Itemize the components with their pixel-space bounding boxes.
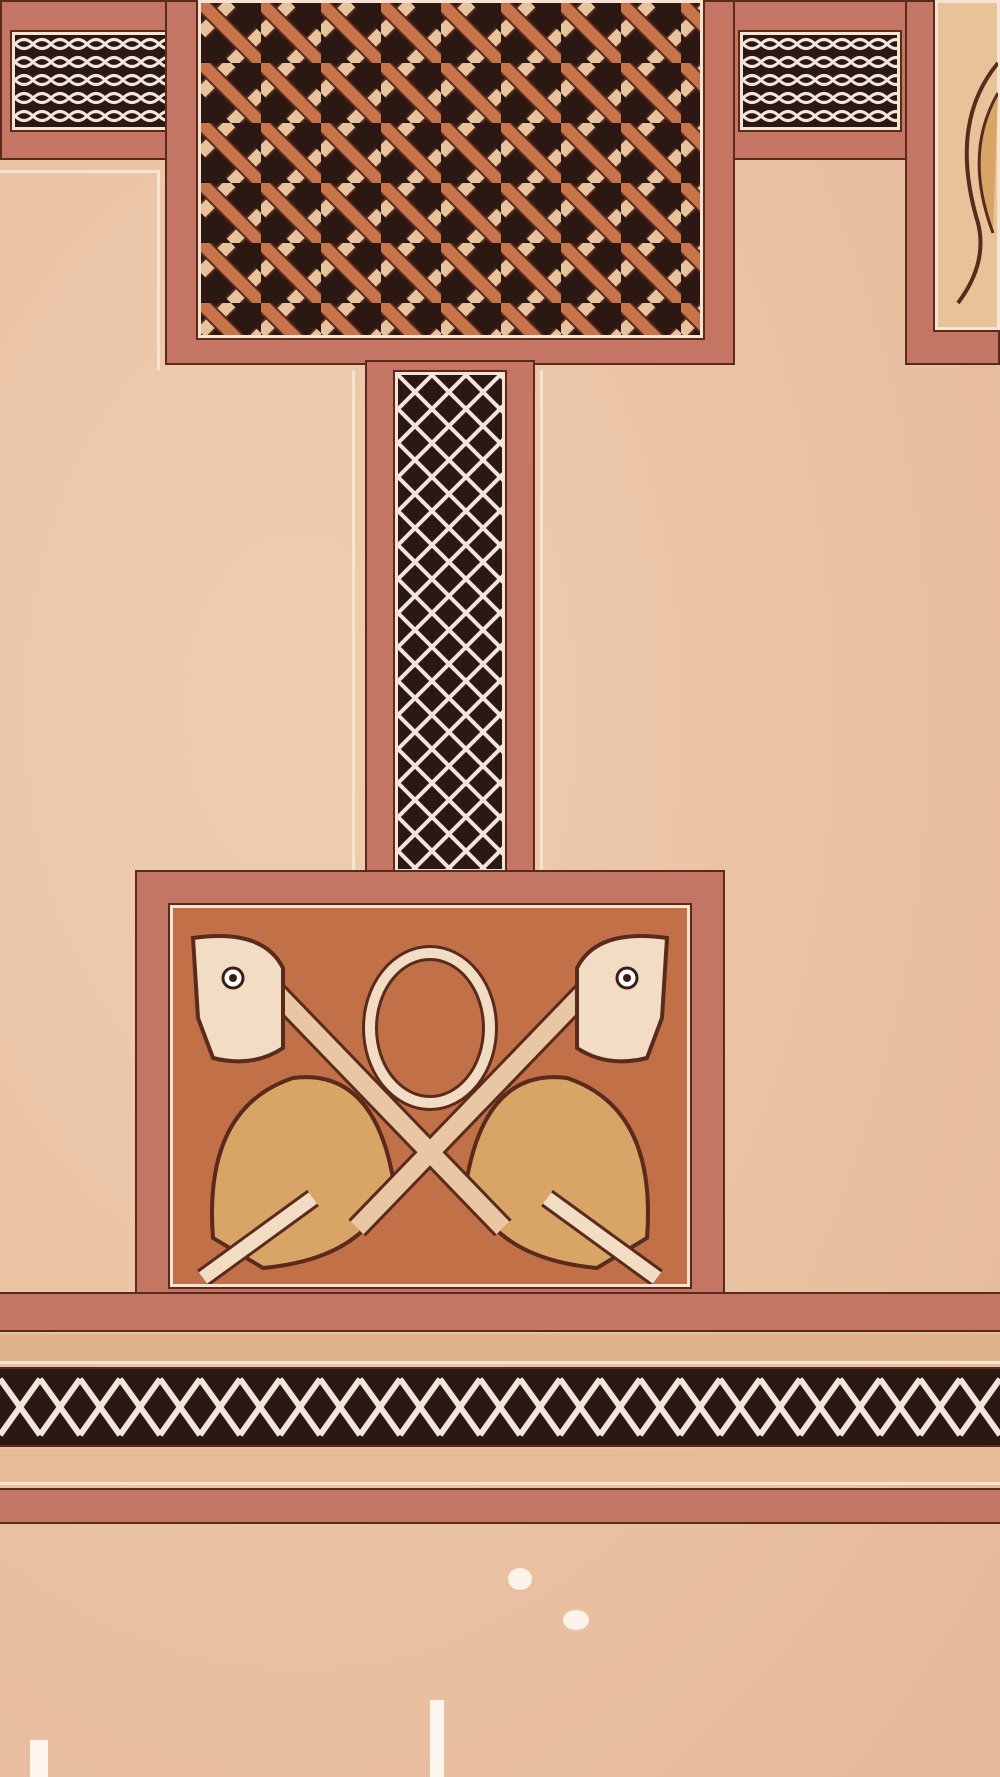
- white-tear: [30, 1740, 48, 1777]
- left-vellum-panel: [0, 370, 355, 870]
- right-partial-zoomorphic-panel: [935, 0, 1000, 330]
- knot-pattern-icon: [15, 35, 169, 127]
- right-vellum-panel: [540, 370, 1000, 870]
- upper-red-stripe: [0, 1292, 1000, 1332]
- braid-pattern-icon: [398, 375, 502, 869]
- white-speck: [563, 1610, 589, 1630]
- ochre-stripe: [0, 1334, 1000, 1364]
- braid-pattern-icon: [0, 1369, 1000, 1445]
- top-right-interlace-panel: [740, 32, 900, 130]
- white-speck: [508, 1568, 532, 1590]
- zoomorphic-panel: [170, 905, 690, 1287]
- interlace-knot-icon: [201, 3, 700, 335]
- zoomorphic-figures-icon: [173, 908, 687, 1284]
- top-center-interlace-panel: [198, 0, 703, 338]
- zoomorphic-fragment-icon: [938, 3, 998, 328]
- vertical-interlace-column: [395, 372, 505, 872]
- left-upper-vellum-frame: [0, 170, 160, 370]
- knot-pattern-icon: [743, 35, 897, 127]
- horizontal-interlace-band: [0, 1367, 1000, 1447]
- top-left-interlace-panel: [12, 32, 172, 130]
- lower-red-stripe: [0, 1488, 1000, 1524]
- white-tear: [430, 1700, 444, 1777]
- lower-ochre-stripe: [0, 1449, 1000, 1485]
